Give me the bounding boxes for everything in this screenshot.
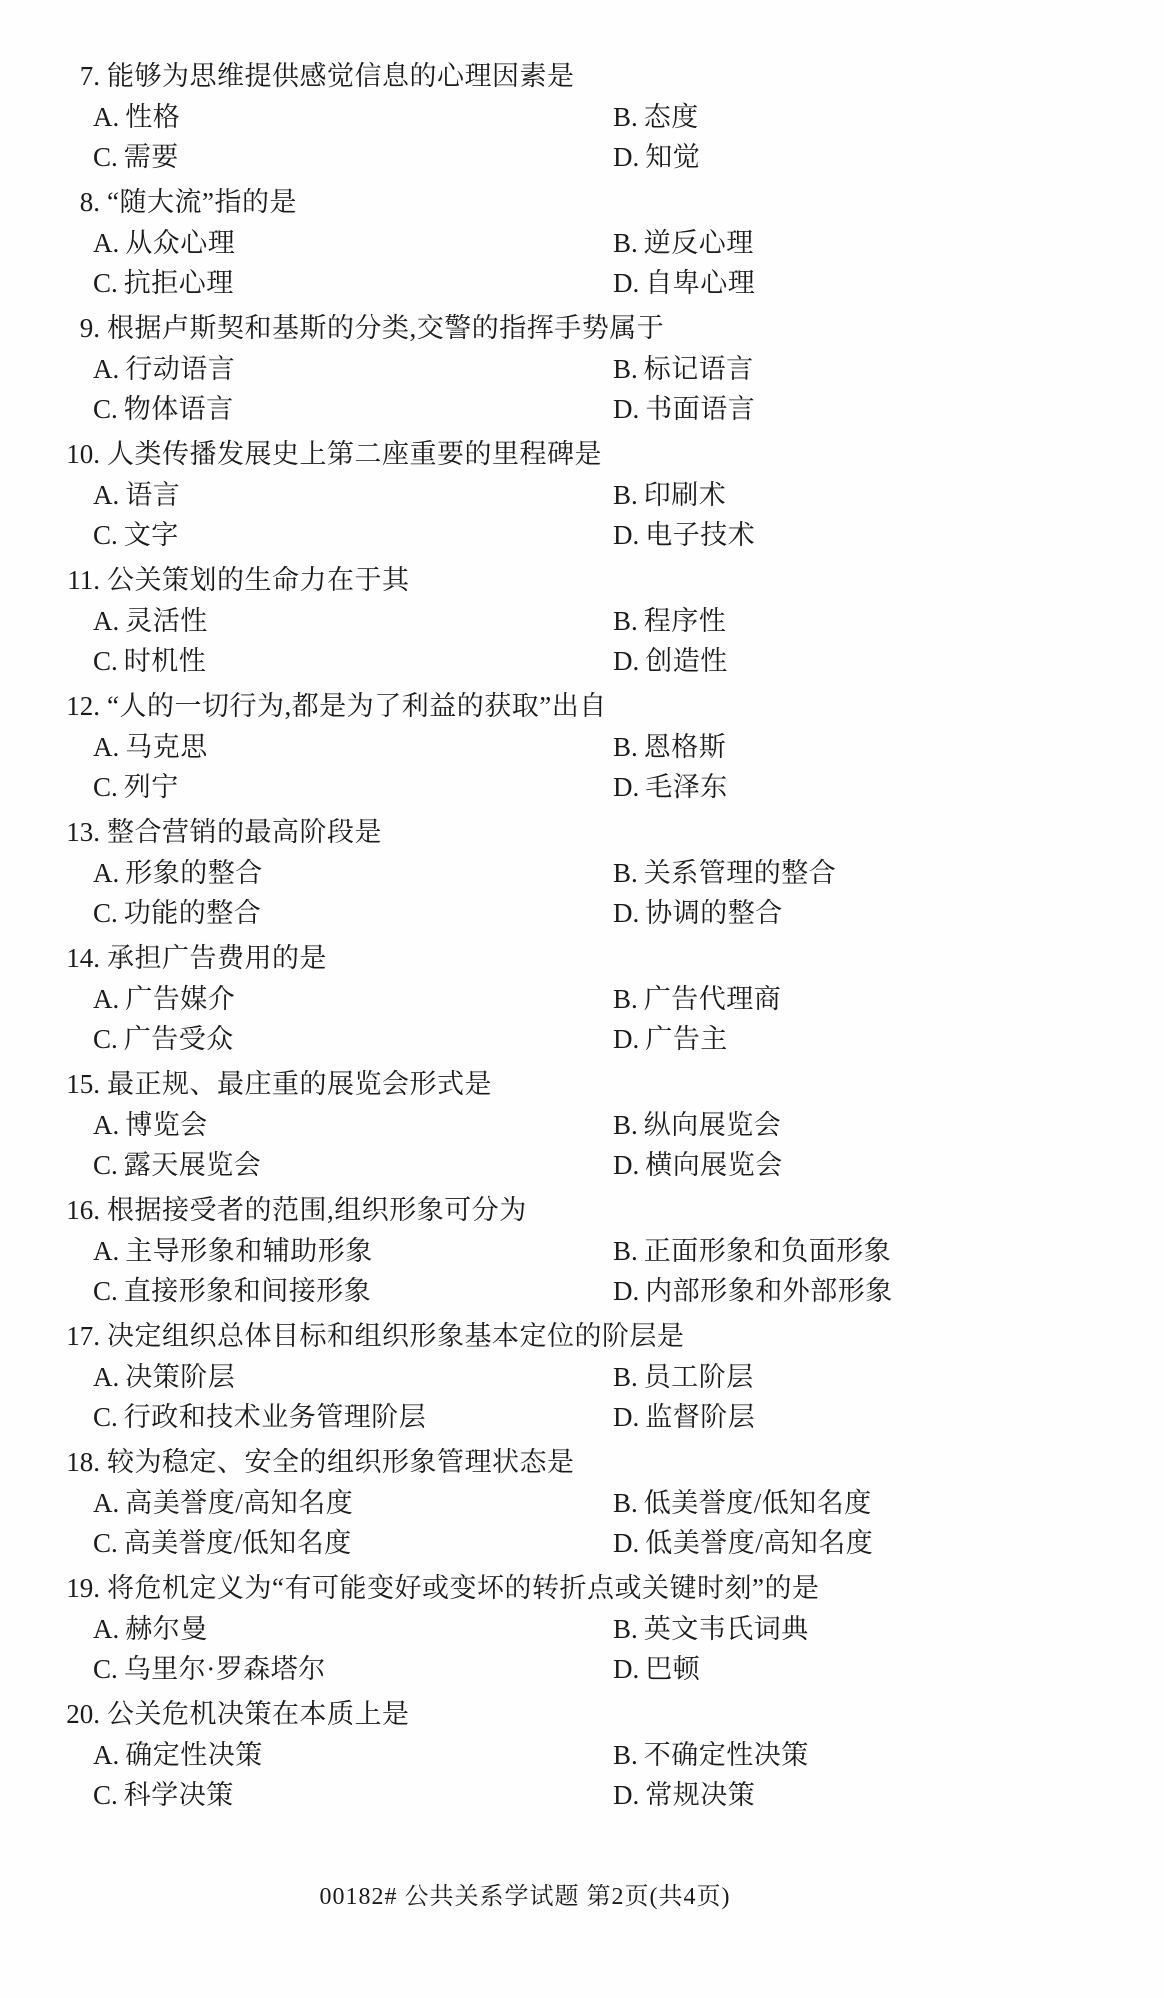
question-number: 8. — [54, 182, 100, 223]
option-C: C.直接形象和间接形象 — [93, 1271, 371, 1311]
option-key: D. — [613, 1780, 639, 1810]
question-number: 15. — [54, 1064, 100, 1105]
question-number: 7. — [54, 56, 100, 97]
option-text: 逆反心理 — [644, 228, 754, 258]
option-D: D.协调的整合 — [613, 893, 783, 933]
option-D: D.巴顿 — [613, 1649, 700, 1689]
option-key: A. — [93, 1614, 119, 1644]
option-text: 知觉 — [645, 142, 700, 172]
option-B: B.正面形象和负面形象 — [613, 1231, 891, 1271]
option-row: C.乌里尔·罗森塔尔D.巴顿 — [54, 1649, 1134, 1689]
option-text: 正面形象和负面形象 — [644, 1236, 892, 1266]
question-stem-text: 将危机定义为“有可能变好或变坏的转折点或关键时刻”的是 — [107, 1568, 819, 1609]
option-text: 英文韦氏词典 — [644, 1614, 809, 1644]
option-key: A. — [93, 228, 119, 258]
question-stem-row: 12.“人的一切行为,都是为了利益的获取”出自 — [54, 686, 1134, 727]
question-stem-text: 根据接受者的范围,组织形象可分为 — [107, 1190, 527, 1231]
option-A: A.博览会 — [93, 1105, 208, 1145]
option-text: 广告媒介 — [125, 984, 235, 1014]
option-B: B.广告代理商 — [613, 979, 781, 1019]
option-text: 时机性 — [124, 646, 207, 676]
option-text: 确定性决策 — [125, 1740, 263, 1770]
option-key: C. — [93, 142, 118, 172]
question: 9.根据卢斯契和基斯的分类,交警的指挥手势属于A.行动语言B.标记语言C.物体语… — [54, 308, 1134, 429]
question-stem-text: 承担广告费用的是 — [107, 938, 327, 979]
option-D: D.电子技术 — [613, 515, 755, 555]
question-stem-text: 人类传播发展史上第二座重要的里程碑是 — [107, 434, 602, 475]
option-key: D. — [613, 394, 639, 424]
option-text: 巴顿 — [645, 1654, 700, 1684]
option-key: D. — [613, 1150, 639, 1180]
option-text: 低美誉度/高知名度 — [645, 1528, 873, 1558]
option-key: A. — [93, 1110, 119, 1140]
option-key: A. — [93, 1740, 119, 1770]
option-C: C.物体语言 — [93, 389, 234, 429]
option-key: D. — [613, 1528, 639, 1558]
option-C: C.时机性 — [93, 641, 206, 681]
option-C: C.广告受众 — [93, 1019, 234, 1059]
option-row: A.决策阶层B.员工阶层 — [54, 1357, 1134, 1397]
question-stem-row: 18.较为稳定、安全的组织形象管理状态是 — [54, 1442, 1134, 1483]
option-B: B.低美誉度/低知名度 — [613, 1483, 872, 1523]
question-stem-row: 15.最正规、最庄重的展览会形式是 — [54, 1064, 1134, 1105]
option-D: D.低美誉度/高知名度 — [613, 1523, 873, 1563]
option-A: A.灵活性 — [93, 601, 208, 641]
option-text: 直接形象和间接形象 — [124, 1276, 372, 1306]
option-key: B. — [613, 1110, 638, 1140]
question-stem-text: 整合营销的最高阶段是 — [107, 812, 382, 853]
option-key: C. — [93, 646, 118, 676]
option-text: 协调的整合 — [645, 898, 783, 928]
option-B: B.恩格斯 — [613, 727, 726, 767]
question-stem-text: 公关危机决策在本质上是 — [107, 1694, 410, 1735]
question: 7.能够为思维提供感觉信息的心理因素是A.性格B.态度C.需要D.知觉 — [54, 56, 1134, 177]
question-stem-row: 10.人类传播发展史上第二座重要的里程碑是 — [54, 434, 1134, 475]
option-text: 标记语言 — [644, 354, 754, 384]
question: 19.将危机定义为“有可能变好或变坏的转折点或关键时刻”的是A.赫尔曼B.英文韦… — [54, 1568, 1134, 1689]
question-stem-text: 决定组织总体目标和组织形象基本定位的阶层是 — [107, 1316, 685, 1357]
option-key: B. — [613, 984, 638, 1014]
option-text: 语言 — [125, 480, 180, 510]
option-key: C. — [93, 772, 118, 802]
option-D: D.横向展览会 — [613, 1145, 783, 1185]
option-row: A.博览会B.纵向展览会 — [54, 1105, 1134, 1145]
option-D: D.常规决策 — [613, 1775, 755, 1815]
option-key: B. — [613, 1614, 638, 1644]
option-key: C. — [93, 520, 118, 550]
question-number: 9. — [54, 308, 100, 349]
question-stem-row: 20.公关危机决策在本质上是 — [54, 1694, 1134, 1735]
option-A: A.高美誉度/高知名度 — [93, 1483, 353, 1523]
question: 8.“随大流”指的是A.从众心理B.逆反心理C.抗拒心理D.自卑心理 — [54, 182, 1134, 303]
question-number: 13. — [54, 812, 100, 853]
option-C: C.乌里尔·罗森塔尔 — [93, 1649, 326, 1689]
option-row: A.赫尔曼B.英文韦氏词典 — [54, 1609, 1134, 1649]
option-key: A. — [93, 1362, 119, 1392]
option-row: A.从众心理B.逆反心理 — [54, 223, 1134, 263]
question: 20.公关危机决策在本质上是A.确定性决策B.不确定性决策C.科学决策D.常规决… — [54, 1694, 1134, 1815]
option-B: B.程序性 — [613, 601, 726, 641]
option-row: A.形象的整合B.关系管理的整合 — [54, 853, 1134, 893]
option-key: A. — [93, 984, 119, 1014]
question-stem-row: 16.根据接受者的范围,组织形象可分为 — [54, 1190, 1134, 1231]
option-row: C.物体语言D.书面语言 — [54, 389, 1134, 429]
option-key: A. — [93, 102, 119, 132]
option-key: B. — [613, 102, 638, 132]
option-C: C.需要 — [93, 137, 179, 177]
option-B: B.逆反心理 — [613, 223, 754, 263]
option-text: 行动语言 — [125, 354, 235, 384]
option-text: 物体语言 — [124, 394, 234, 424]
option-D: D.知觉 — [613, 137, 700, 177]
question: 16.根据接受者的范围,组织形象可分为A.主导形象和辅助形象B.正面形象和负面形… — [54, 1190, 1134, 1311]
option-A: A.语言 — [93, 475, 180, 515]
option-key: D. — [613, 520, 639, 550]
option-text: 主导形象和辅助形象 — [125, 1236, 373, 1266]
option-key: B. — [613, 1740, 638, 1770]
option-A: A.广告媒介 — [93, 979, 235, 1019]
option-A: A.决策阶层 — [93, 1357, 235, 1397]
option-row: C.直接形象和间接形象D.内部形象和外部形象 — [54, 1271, 1134, 1311]
question: 10.人类传播发展史上第二座重要的里程碑是A.语言B.印刷术C.文字D.电子技术 — [54, 434, 1134, 555]
option-row: C.科学决策D.常规决策 — [54, 1775, 1134, 1815]
option-text: 关系管理的整合 — [644, 858, 837, 888]
question-number: 11. — [54, 560, 100, 601]
option-key: C. — [93, 1402, 118, 1432]
option-text: 露天展览会 — [124, 1150, 262, 1180]
option-key: D. — [613, 1276, 639, 1306]
option-key: D. — [613, 1024, 639, 1054]
option-B: B.员工阶层 — [613, 1357, 754, 1397]
option-key: D. — [613, 898, 639, 928]
option-key: B. — [613, 354, 638, 384]
option-D: D.广告主 — [613, 1019, 728, 1059]
option-A: A.从众心理 — [93, 223, 235, 263]
question-stem-row: 17.决定组织总体目标和组织形象基本定位的阶层是 — [54, 1316, 1134, 1357]
option-key: B. — [613, 1236, 638, 1266]
option-key: A. — [93, 732, 119, 762]
option-row: A.性格B.态度 — [54, 97, 1134, 137]
option-text: 印刷术 — [644, 480, 727, 510]
option-C: C.露天展览会 — [93, 1145, 261, 1185]
option-A: A.主导形象和辅助形象 — [93, 1231, 373, 1271]
option-text: 灵活性 — [125, 606, 208, 636]
question-number: 20. — [54, 1694, 100, 1735]
option-B: B.标记语言 — [613, 349, 754, 389]
option-text: 博览会 — [125, 1110, 208, 1140]
option-row: C.列宁D.毛泽东 — [54, 767, 1134, 807]
option-row: A.高美誉度/高知名度B.低美誉度/低知名度 — [54, 1483, 1134, 1523]
question: 11.公关策划的生命力在于其A.灵活性B.程序性C.时机性D.创造性 — [54, 560, 1134, 681]
option-A: A.性格 — [93, 97, 180, 137]
option-B: B.关系管理的整合 — [613, 853, 836, 893]
page-footer: 00182# 公共关系学试题 第2页(共4页) — [0, 1876, 1050, 1911]
option-C: C.行政和技术业务管理阶层 — [93, 1397, 426, 1437]
option-text: 高美誉度/高知名度 — [125, 1488, 353, 1518]
option-text: 电子技术 — [645, 520, 755, 550]
option-text: 抗拒心理 — [124, 268, 234, 298]
option-key: A. — [93, 480, 119, 510]
option-A: A.赫尔曼 — [93, 1609, 208, 1649]
question-number: 16. — [54, 1190, 100, 1231]
option-A: A.确定性决策 — [93, 1735, 263, 1775]
option-key: B. — [613, 858, 638, 888]
option-row: A.语言B.印刷术 — [54, 475, 1134, 515]
question: 13.整合营销的最高阶段是A.形象的整合B.关系管理的整合C.功能的整合D.协调… — [54, 812, 1134, 933]
question-stem-row: 7.能够为思维提供感觉信息的心理因素是 — [54, 56, 1134, 97]
question-number: 19. — [54, 1568, 100, 1609]
option-text: 广告受众 — [124, 1024, 234, 1054]
option-text: 内部形象和外部形象 — [645, 1276, 893, 1306]
option-text: 态度 — [644, 102, 699, 132]
option-C: C.科学决策 — [93, 1775, 234, 1815]
option-text: 员工阶层 — [644, 1362, 754, 1392]
option-text: 马克思 — [125, 732, 208, 762]
option-key: C. — [93, 268, 118, 298]
question: 15.最正规、最庄重的展览会形式是A.博览会B.纵向展览会C.露天展览会D.横向… — [54, 1064, 1134, 1185]
option-row: C.露天展览会D.横向展览会 — [54, 1145, 1134, 1185]
option-key: D. — [613, 142, 639, 172]
option-text: 从众心理 — [125, 228, 235, 258]
option-key: D. — [613, 268, 639, 298]
option-text: 性格 — [125, 102, 180, 132]
option-key: D. — [613, 1654, 639, 1684]
question-stem-text: 根据卢斯契和基斯的分类,交警的指挥手势属于 — [107, 308, 664, 349]
option-row: C.广告受众D.广告主 — [54, 1019, 1134, 1059]
option-row: C.抗拒心理D.自卑心理 — [54, 263, 1134, 303]
question-number: 18. — [54, 1442, 100, 1483]
option-text: 文字 — [124, 520, 179, 550]
option-text: 广告主 — [645, 1024, 728, 1054]
option-text: 行政和技术业务管理阶层 — [124, 1402, 427, 1432]
option-key: B. — [613, 480, 638, 510]
option-key: C. — [93, 1276, 118, 1306]
option-B: B.纵向展览会 — [613, 1105, 781, 1145]
option-row: A.马克思B.恩格斯 — [54, 727, 1134, 767]
option-key: B. — [613, 228, 638, 258]
option-D: D.毛泽东 — [613, 767, 728, 807]
option-text: 广告代理商 — [644, 984, 782, 1014]
option-key: D. — [613, 646, 639, 676]
question-stem-text: 能够为思维提供感觉信息的心理因素是 — [107, 56, 575, 97]
question-stem-row: 13.整合营销的最高阶段是 — [54, 812, 1134, 853]
option-key: A. — [93, 606, 119, 636]
option-row: C.文字D.电子技术 — [54, 515, 1134, 555]
option-key: D. — [613, 772, 639, 802]
question-stem-text: 公关策划的生命力在于其 — [107, 560, 410, 601]
question-stem-row: 9.根据卢斯契和基斯的分类,交警的指挥手势属于 — [54, 308, 1134, 349]
option-key: C. — [93, 1654, 118, 1684]
option-A: A.形象的整合 — [93, 853, 263, 893]
question-number: 12. — [54, 686, 100, 727]
option-key: C. — [93, 1150, 118, 1180]
option-text: 书面语言 — [645, 394, 755, 424]
option-text: 高美誉度/低知名度 — [124, 1528, 352, 1558]
option-B: B.态度 — [613, 97, 699, 137]
option-A: A.马克思 — [93, 727, 208, 767]
option-text: 恩格斯 — [644, 732, 727, 762]
option-key: C. — [93, 1024, 118, 1054]
option-text: 常规决策 — [645, 1780, 755, 1810]
question-stem-row: 19.将危机定义为“有可能变好或变坏的转折点或关键时刻”的是 — [54, 1568, 1134, 1609]
option-key: A. — [93, 354, 119, 384]
option-key: B. — [613, 1362, 638, 1392]
question-stem-row: 11.公关策划的生命力在于其 — [54, 560, 1134, 601]
question-number: 10. — [54, 434, 100, 475]
option-C: C.功能的整合 — [93, 893, 261, 933]
option-text: 低美誉度/低知名度 — [644, 1488, 872, 1518]
option-D: D.书面语言 — [613, 389, 755, 429]
option-key: C. — [93, 1780, 118, 1810]
option-key: A. — [93, 1236, 119, 1266]
option-B: B.英文韦氏词典 — [613, 1609, 809, 1649]
option-key: A. — [93, 1488, 119, 1518]
option-C: C.抗拒心理 — [93, 263, 234, 303]
option-text: 创造性 — [645, 646, 728, 676]
option-D: D.自卑心理 — [613, 263, 755, 303]
option-key: D. — [613, 1402, 639, 1432]
option-row: C.需要D.知觉 — [54, 137, 1134, 177]
option-D: D.监督阶层 — [613, 1397, 755, 1437]
option-text: 自卑心理 — [645, 268, 755, 298]
question: 14.承担广告费用的是A.广告媒介B.广告代理商C.广告受众D.广告主 — [54, 938, 1134, 1059]
option-row: A.主导形象和辅助形象B.正面形象和负面形象 — [54, 1231, 1134, 1271]
option-row: C.功能的整合D.协调的整合 — [54, 893, 1134, 933]
option-row: C.高美誉度/低知名度D.低美誉度/高知名度 — [54, 1523, 1134, 1563]
option-C: C.文字 — [93, 515, 179, 555]
question-stem-text: “随大流”指的是 — [107, 182, 297, 223]
option-text: 毛泽东 — [645, 772, 728, 802]
question: 17.决定组织总体目标和组织形象基本定位的阶层是A.决策阶层B.员工阶层C.行政… — [54, 1316, 1134, 1437]
question-number: 17. — [54, 1316, 100, 1357]
option-key: C. — [93, 898, 118, 928]
option-text: 乌里尔·罗森塔尔 — [124, 1654, 326, 1684]
option-text: 决策阶层 — [125, 1362, 235, 1392]
option-D: D.内部形象和外部形象 — [613, 1271, 893, 1311]
question: 18.较为稳定、安全的组织形象管理状态是A.高美誉度/高知名度B.低美誉度/低知… — [54, 1442, 1134, 1563]
option-B: B.不确定性决策 — [613, 1735, 809, 1775]
option-key: C. — [93, 394, 118, 424]
option-B: B.印刷术 — [613, 475, 726, 515]
option-A: A.行动语言 — [93, 349, 235, 389]
option-text: 需要 — [124, 142, 179, 172]
option-text: 横向展览会 — [645, 1150, 783, 1180]
option-C: C.高美誉度/低知名度 — [93, 1523, 352, 1563]
option-C: C.列宁 — [93, 767, 179, 807]
option-D: D.创造性 — [613, 641, 728, 681]
question-stem-text: 较为稳定、安全的组织形象管理状态是 — [107, 1442, 575, 1483]
question: 12.“人的一切行为,都是为了利益的获取”出自A.马克思B.恩格斯C.列宁D.毛… — [54, 686, 1134, 807]
question-stem-row: 8.“随大流”指的是 — [54, 182, 1134, 223]
option-text: 监督阶层 — [645, 1402, 755, 1432]
option-text: 科学决策 — [124, 1780, 234, 1810]
question-stem-row: 14.承担广告费用的是 — [54, 938, 1134, 979]
option-text: 赫尔曼 — [125, 1614, 208, 1644]
question-stem-text: “人的一切行为,都是为了利益的获取”出自 — [107, 686, 607, 727]
option-text: 形象的整合 — [125, 858, 263, 888]
option-row: C.时机性D.创造性 — [54, 641, 1134, 681]
question-list: 7.能够为思维提供感觉信息的心理因素是A.性格B.态度C.需要D.知觉8.“随大… — [54, 56, 1134, 1815]
option-text: 程序性 — [644, 606, 727, 636]
question-stem-text: 最正规、最庄重的展览会形式是 — [107, 1064, 492, 1105]
option-row: A.广告媒介B.广告代理商 — [54, 979, 1134, 1019]
option-text: 列宁 — [124, 772, 179, 802]
option-key: B. — [613, 1488, 638, 1518]
option-key: B. — [613, 606, 638, 636]
option-row: A.行动语言B.标记语言 — [54, 349, 1134, 389]
question-number: 14. — [54, 938, 100, 979]
option-row: A.灵活性B.程序性 — [54, 601, 1134, 641]
option-row: C.行政和技术业务管理阶层D.监督阶层 — [54, 1397, 1134, 1437]
option-text: 纵向展览会 — [644, 1110, 782, 1140]
option-key: B. — [613, 732, 638, 762]
option-text: 不确定性决策 — [644, 1740, 809, 1770]
option-text: 功能的整合 — [124, 898, 262, 928]
option-key: A. — [93, 858, 119, 888]
option-row: A.确定性决策B.不确定性决策 — [54, 1735, 1134, 1775]
option-key: C. — [93, 1528, 118, 1558]
exam-page: 7.能够为思维提供感觉信息的心理因素是A.性格B.态度C.需要D.知觉8.“随大… — [0, 0, 1164, 1998]
